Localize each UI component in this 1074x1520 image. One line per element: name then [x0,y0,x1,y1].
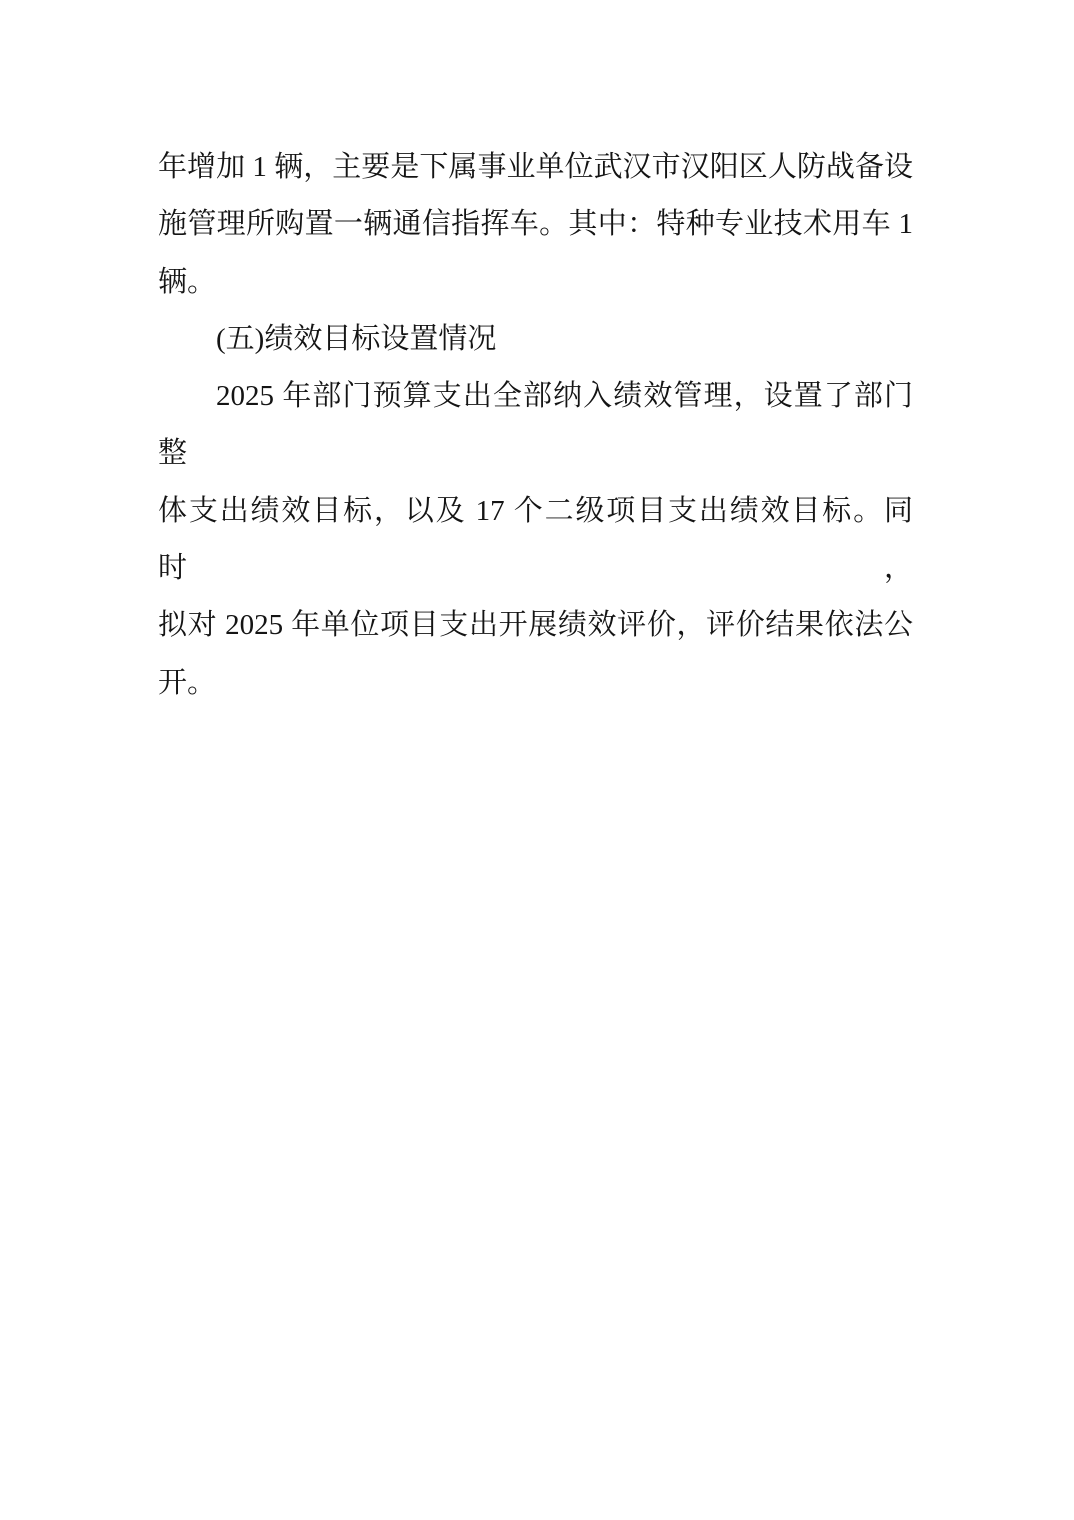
text-line: 施管理所购置一辆通信指挥车。其中：特种专业技术用车 1 [158,196,913,253]
paragraph-heading: (五)绩效目标设置情况 [158,311,913,368]
paragraph-body-continuation: 年增加 1 辆，主要是下属事业单位武汉市汉阳区人防战备设施管理所购置一辆通信指挥… [158,139,913,311]
paragraph-body: 2025 年部门预算支出全部纳入绩效管理，设置了部门整体支出绩效目标，以及 17… [158,368,913,712]
text-line: 年增加 1 辆，主要是下属事业单位武汉市汉阳区人防战备设 [158,139,913,196]
heading-line: (五)绩效目标设置情况 [158,311,913,368]
text-line: 辆。 [158,254,913,311]
document-text-block: 年增加 1 辆，主要是下属事业单位武汉市汉阳区人防战备设施管理所购置一辆通信指挥… [158,139,913,712]
document-page: 年增加 1 辆，主要是下属事业单位武汉市汉阳区人防战备设施管理所购置一辆通信指挥… [0,0,1074,1520]
text-line: 体支出绩效目标，以及 17 个二级项目支出绩效目标。同时， [158,483,913,598]
text-line: 拟对 2025 年单位项目支出开展绩效评价，评价结果依法公 [158,597,913,654]
text-line: 开。 [158,655,913,712]
text-line: 2025 年部门预算支出全部纳入绩效管理，设置了部门整 [158,368,913,483]
